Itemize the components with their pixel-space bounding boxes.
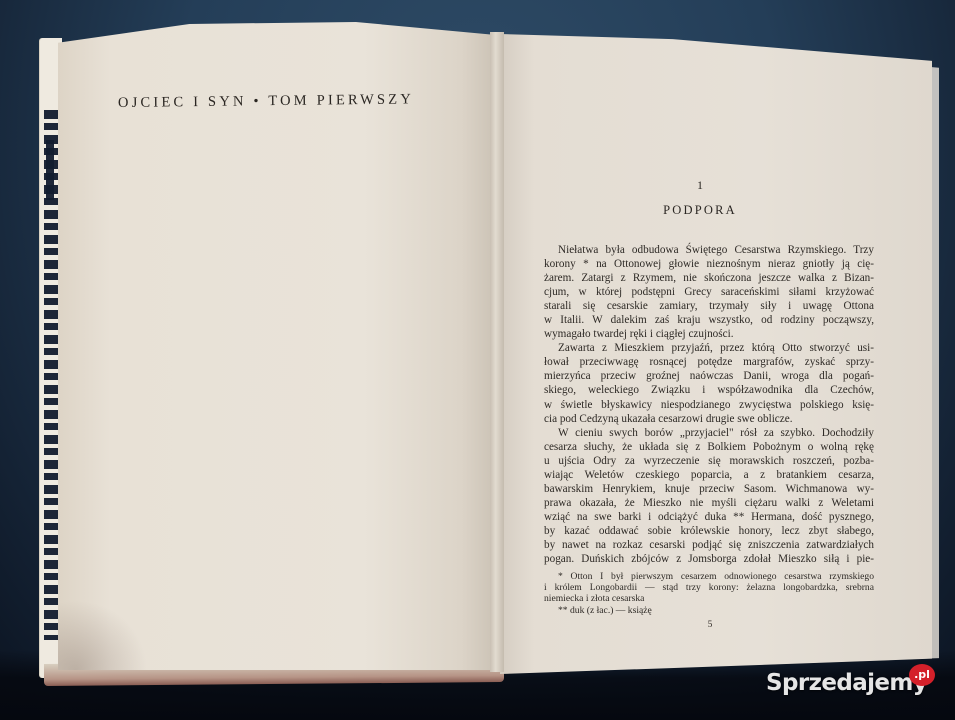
text-line: skiego, weleckiego Związku i współzawodn… bbox=[544, 383, 874, 397]
text-line: pogan. Duńskich zbójców z Jomsborga zdoł… bbox=[544, 552, 874, 566]
watermark-logo: Sprzedajemy bbox=[766, 670, 927, 696]
text-line: bawarskim Henrykiem, knuje przeciw Sasom… bbox=[544, 482, 874, 496]
footnote-line: * Otton I był pierwszym cesarzem odnowio… bbox=[544, 571, 874, 582]
text-line: wymagało twardej ręki i ciągłej czujnośc… bbox=[544, 327, 874, 341]
cover-pattern-top bbox=[46, 140, 54, 200]
page-number: 5 bbox=[704, 620, 716, 630]
text-line: cia pod Cedzyną ukazała cesarzowi drugie… bbox=[544, 412, 874, 426]
text-line: w świetle błyskawicy niespodzianego zwyc… bbox=[544, 398, 874, 412]
left-page bbox=[58, 22, 496, 670]
text-line: Niełatwa była odbudowa Świętego Cesarstw… bbox=[544, 243, 874, 257]
watermark-badge: .pl bbox=[909, 664, 935, 686]
book-spine-gutter bbox=[490, 32, 504, 672]
chapter-title: PODPORA bbox=[640, 203, 760, 218]
text-line: cesarza słuchy, że układa się z Bolkiem … bbox=[544, 440, 874, 454]
text-line: Zawarta z Mieszkiem przyjaźń, przez któr… bbox=[544, 341, 874, 355]
text-line: by kazać oddawać sobie królewskie honory… bbox=[544, 524, 874, 538]
text-line: łował przeciwwagę rosnącej potędze margr… bbox=[544, 355, 874, 369]
footnotes: * Otton I był pierwszym cesarzem odnowio… bbox=[544, 571, 874, 616]
text-line: W cieniu swych borów „przyjaciel" rósł z… bbox=[544, 426, 874, 440]
text-line: korony * na Ottonowej głowie nieznośnym … bbox=[544, 257, 874, 271]
text-line: mierzyńca przeciw groźnej naówczas Danii… bbox=[544, 369, 874, 383]
footnote-line: ** duk (z łac.) — książę bbox=[544, 605, 874, 616]
text-line: u ujścia Odry za wyrzeczenie się morawsk… bbox=[544, 454, 874, 468]
text-line: by nawet na rozkaz cesarski podjąć się z… bbox=[544, 538, 874, 552]
chapter-number: 1 bbox=[690, 178, 710, 193]
footnote-line: niemiecka i złota cesarska bbox=[544, 593, 874, 604]
text-line: żarem. Zatargi z Rzymem, nie skończona j… bbox=[544, 271, 874, 285]
text-line: prawa okazała, że Mieszko nie myśli cięż… bbox=[544, 496, 874, 510]
text-line: wziąć na swe barki i odciążyć duka ** He… bbox=[544, 510, 874, 524]
text-line: cjum, w której podstępni Grecy saraceńsk… bbox=[544, 285, 874, 299]
footnote-line: i królem Longobardii — stąd trzy korony:… bbox=[544, 582, 874, 593]
text-line: wiając Weletów czeskiego poparcia, a z b… bbox=[544, 468, 874, 482]
text-line: starali się cesarskie zamiary, trzymały … bbox=[544, 299, 874, 313]
text-line: w Italii. W dalekim zaś kraju wszystko, … bbox=[544, 313, 874, 327]
body-text: Niełatwa była odbudowa Świętego Cesarstw… bbox=[544, 243, 874, 566]
